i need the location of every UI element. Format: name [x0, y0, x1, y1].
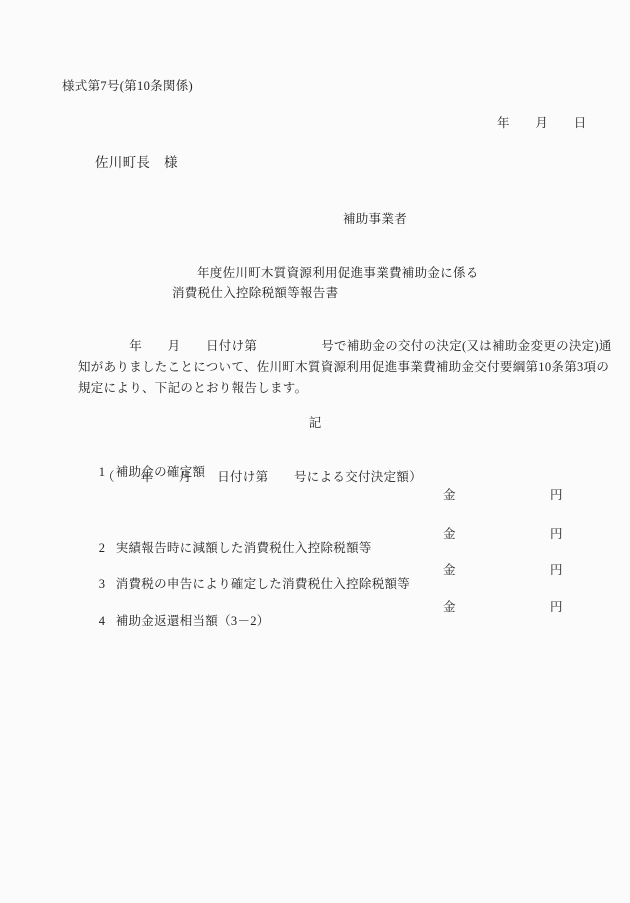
item-2-unit-label: 円 — [550, 527, 563, 541]
item-3-number: 3 — [99, 577, 116, 591]
item-4-currency-label: 金 — [443, 600, 456, 614]
item-2-number: 2 — [99, 541, 116, 555]
item-3-label: 消費税の申告により確定した消費税仕入控除税額等 — [116, 577, 410, 591]
addressee: 佐川町長 様 — [95, 155, 178, 171]
item-4-label: 補助金返還相当額（3－2） — [116, 614, 270, 628]
form-number: 様式第7号(第10条関係) — [62, 79, 193, 93]
applicant-label: 補助事業者 — [343, 212, 407, 226]
item-2-label: 実績報告時に減額した消費税仕入控除税額等 — [116, 541, 372, 555]
item-4-row: 4補助金返還相当額（3－2） — [85, 600, 270, 643]
item-4-unit-label: 円 — [550, 600, 563, 614]
item-4-number: 4 — [99, 614, 116, 628]
item-1-unit-label: 円 — [550, 488, 563, 502]
body-paragraph-line2: 知がありましたことについて、佐川町木質資源利用促進事業費補助金交付要綱第10条第… — [78, 360, 609, 374]
item-3-currency-label: 金 — [443, 563, 456, 577]
document-title-line1: 年度佐川町木質資源利用促進事業費補助金に係る — [197, 266, 479, 280]
document-title-line2: 消費税仕入控除税額等報告書 — [172, 286, 338, 300]
item-2-currency-label: 金 — [443, 527, 456, 541]
record-marker: 記 — [0, 416, 630, 430]
body-paragraph-line1: 年 月 日付け第 号で補助金の交付の決定(又は補助金変更の決定)通 — [78, 339, 612, 353]
document-page: 様式第7号(第10条関係) 年 月 日 佐川町長 様 補助事業者 年度佐川町木質… — [0, 0, 630, 903]
item-1-currency-label: 金 — [443, 488, 456, 502]
item-3-unit-label: 円 — [550, 563, 563, 577]
item-1-note: （ 年 月 日付け第 号による交付決定額） — [102, 470, 422, 484]
date-blank-line: 年 月 日 — [497, 116, 587, 130]
body-paragraph-line3: 規定により、下記のとおり報告します。 — [78, 381, 307, 395]
